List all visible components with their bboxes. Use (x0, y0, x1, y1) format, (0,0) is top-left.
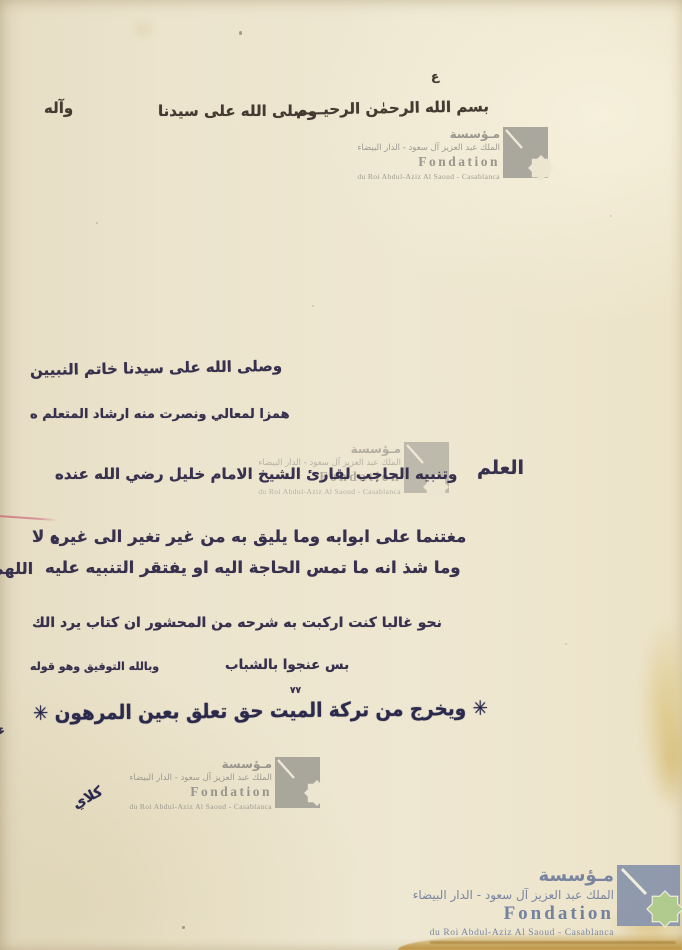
manuscript-line: وصلى الله على سيدنا خاتم النبيين (30, 358, 282, 380)
foundation-subtitle-french: du Roi Abdul-Aziz Al Saoud - Casablanca (357, 172, 500, 181)
foundation-subtitle-french: du Roi Abdul-Aziz Al Saoud - Casablanca (258, 487, 401, 496)
star-icon (528, 155, 554, 181)
foundation-logo-icon (503, 127, 548, 178)
paper-speck (312, 305, 314, 307)
red-pencil-stroke (0, 515, 58, 522)
paper-speck (610, 215, 612, 217)
paper-speck (96, 222, 98, 224)
watermark-stamp-bottom: مـؤسسة الملك عبد العزيز آل سعود - الدار … (413, 865, 680, 938)
foundation-name-french: Fondation (190, 784, 272, 800)
pen-letter-mark: ع (50, 531, 58, 545)
manuscript-line: وما شذ انه ما تمس الحاجة اليه او يفتقر ا… (45, 559, 461, 578)
foundation-name-arabic: مـؤسسة (450, 127, 500, 141)
line8-superscript-marks: ٧٧ (290, 686, 301, 696)
manuscript-page: مـؤسسة الملك عبد العزيز آل سعود - الدار … (0, 0, 682, 950)
foundation-name-french: Fondation (504, 903, 614, 925)
manuscript-line: مغتنما على ابوابه وما يليق به من غير تغي… (32, 528, 466, 547)
margin-word-right: العلم (477, 458, 524, 480)
foundation-name-arabic: مـؤسسة (351, 442, 401, 456)
foundation-title-arabic: الملك عبد العزيز آل سعود - الدار البيضاء (129, 773, 272, 783)
margin-word-left: اللهم (0, 560, 33, 578)
manuscript-quote-line: ✳ ويخرج من تركة الميت حق تعلق بعين المره… (33, 697, 488, 725)
foundation-logo-icon (617, 865, 680, 926)
foundation-subtitle-french: du Roi Abdul-Aziz Al Saoud - Casablanca (430, 928, 614, 938)
manuscript-line: همزا لمعالي ونصرت منه ارشاد المتعلم ه (30, 408, 290, 423)
manuscript-line: وتنبيه الحاجب لقارئ الشيخ الامام خليل رض… (55, 466, 457, 483)
edge-ink-mark: ء (0, 723, 6, 739)
foundation-name-french: Fondation (418, 154, 500, 170)
paper-speck (239, 31, 242, 35)
basmala-line: بسم الله الرحمٰن الرحيـــم (296, 98, 489, 119)
foundation-title-arabic: الملك عبد العزيز آل سعود - الدار البيضاء (357, 143, 500, 153)
manuscript-line-left-segment: وبالله التوفيق وهو قوله (30, 661, 159, 674)
faint-stain-top (130, 22, 156, 36)
foundation-title-arabic: الملك عبد العزيز آل سعود - الدار البيضاء (413, 888, 614, 902)
foundation-name-arabic: مـؤسسة (222, 757, 272, 771)
salat-phrase: وصلى الله على سيدنا (158, 103, 317, 120)
aalihi-phrase: وآله (44, 100, 73, 117)
foundation-subtitle-french: du Roi Abdul-Aziz Al Saoud - Casablanca (129, 802, 272, 811)
header-corner-mark: ع (431, 70, 439, 84)
foundation-name-arabic: مـؤسسة (538, 865, 614, 886)
manuscript-line-right-segment: بس عنجوا بالشباب (225, 658, 349, 674)
watermark-stamp-lower: مـؤسسة الملك عبد العزيز آل سعود - الدار … (129, 757, 320, 811)
margin-note: كلاي (70, 784, 105, 813)
manuscript-line: نحو غالبا كنت اركبت به شرحه من المحشور ا… (32, 615, 442, 631)
star-icon (304, 780, 330, 806)
star-icon (647, 891, 682, 927)
page-edge-smear (430, 941, 676, 944)
paper-speck (182, 926, 185, 929)
paper-speck (565, 643, 567, 645)
watermark-stamp-top: مـؤسسة الملك عبد العزيز آل سعود - الدار … (357, 127, 548, 181)
foundation-logo-icon (275, 757, 320, 808)
